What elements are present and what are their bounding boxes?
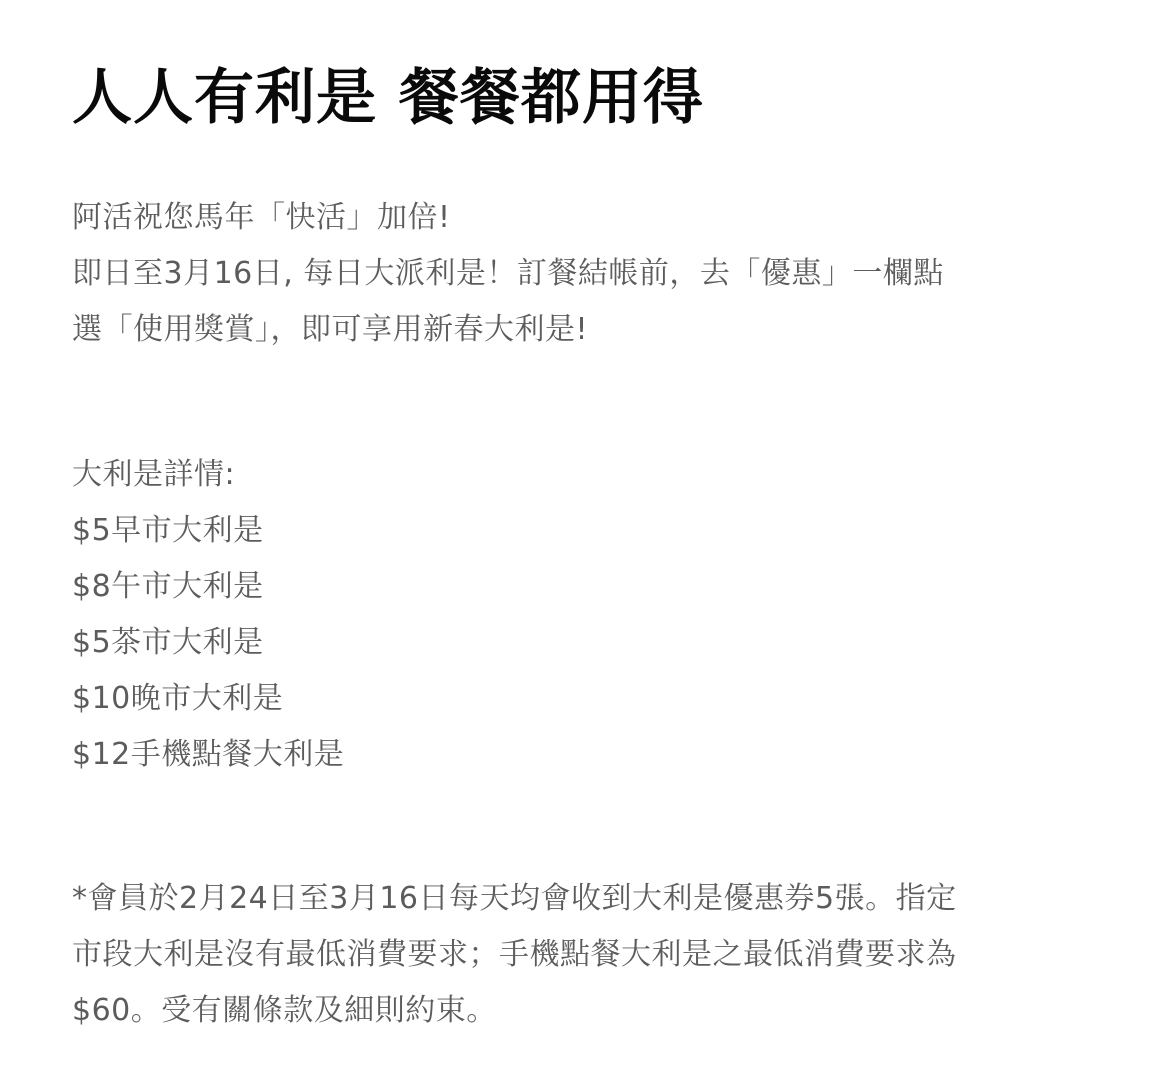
red-packet-details: 大利是詳情: $5早市大利是 $8午市大利是 $5茶市大利是 $10晚市大利是 … bbox=[72, 447, 344, 783]
terms-line-3: $60。受有關條款及細則約束。 bbox=[72, 983, 957, 1039]
intro-instructions-line-2: 選「使用獎賞」，即可享用新春大利是! bbox=[72, 302, 944, 358]
detail-item-dinner: $10晚市大利是 bbox=[72, 671, 344, 727]
intro-greeting: 阿活祝您馬年「快活」加倍! bbox=[72, 190, 944, 246]
details-heading: 大利是詳情: bbox=[72, 447, 344, 503]
detail-item-tea: $5茶市大利是 bbox=[72, 615, 344, 671]
terms-line-1: *會員於2月24日至3月16日每天均會收到大利是優惠券5張。指定 bbox=[72, 871, 957, 927]
intro-paragraph: 阿活祝您馬年「快活」加倍! 即日至3月16日, 每日大派利是！訂餐結帳前，去「優… bbox=[72, 190, 944, 358]
terms-line-2: 市段大利是沒有最低消費要求；手機點餐大利是之最低消費要求為 bbox=[72, 927, 957, 983]
detail-item-breakfast: $5早市大利是 bbox=[72, 503, 344, 559]
detail-item-lunch: $8午市大利是 bbox=[72, 559, 344, 615]
page-title: 人人有利是 餐餐都用得 bbox=[72, 58, 704, 138]
terms-paragraph: *會員於2月24日至3月16日每天均會收到大利是優惠券5張。指定 市段大利是沒有… bbox=[72, 871, 957, 1039]
detail-item-mobile-order: $12手機點餐大利是 bbox=[72, 727, 344, 783]
intro-instructions-line-1: 即日至3月16日, 每日大派利是！訂餐結帳前，去「優惠」一欄點 bbox=[72, 246, 944, 302]
